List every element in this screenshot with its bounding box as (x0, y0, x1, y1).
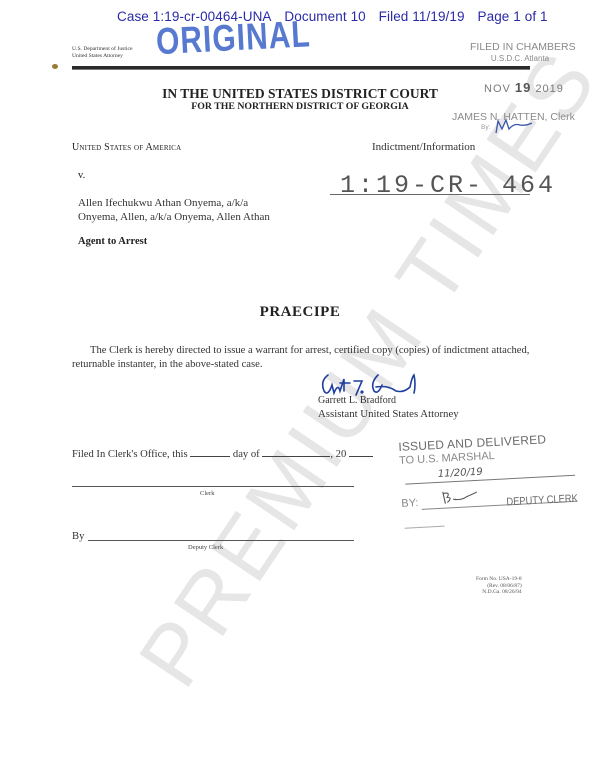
document-title: PRAECIPE (0, 304, 600, 321)
case-number: 1:19-CR- 464 (340, 171, 556, 200)
day-of-label: day of (233, 449, 260, 460)
deputy-initials-signature-icon (439, 488, 480, 506)
filed-in-chambers-stamp: FILED IN CHAMBERS U.S.D.C. Atlanta (470, 41, 570, 65)
filed-in-clerks-office-line: Filed In Clerk's Office, this day of , 2… (72, 447, 373, 460)
month-blank[interactable] (262, 447, 330, 457)
clerk-initials-signature-icon (494, 117, 534, 135)
clerk-by-label: By: (481, 124, 490, 131)
page-indicator: Page 1 of 1 (477, 9, 547, 24)
defendant-line-1: Allen Ifechukwu Athan Onyema, a/k/a (78, 196, 270, 210)
plaintiff: United States of America (72, 142, 181, 153)
agent-to-arrest: Agent to Arrest (78, 236, 147, 247)
deputy-clerk-caption: Deputy Clerk (188, 544, 223, 551)
filed-in-chambers-location: U.S.D.C. Atlanta (470, 53, 570, 65)
issued-stamp-date: 11/20/19 (438, 467, 483, 480)
department-name: U.S. Department of Justice (72, 46, 132, 53)
by-label: By (72, 531, 84, 542)
praecipe-body: The Clerk is hereby directed to issue a … (72, 344, 542, 371)
issued-and-delivered-stamp: ISSUED AND DELIVERED TO U.S. MARSHAL 11/… (398, 431, 583, 535)
versus: v. (78, 170, 85, 181)
issued-stamp-by: BY: (401, 497, 419, 510)
defendant-name: Allen Ifechukwu Athan Onyema, a/k/a Onye… (78, 196, 270, 224)
scan-mark (52, 64, 58, 69)
header-rule (72, 66, 530, 70)
case-number-underline (330, 194, 530, 195)
clerk-caption: Clerk (200, 490, 214, 497)
form-number-line-2: (Rev. 08/06/87) (476, 583, 522, 590)
defendant-line-2: Onyema, Allen, a/k/a Onyema, Allen Athan (78, 210, 270, 224)
document-number: Document 10 (284, 9, 365, 24)
issued-stamp-deputy-clerk: DEPUTY CLERK (506, 493, 578, 509)
day-blank[interactable] (190, 447, 230, 457)
attorney-title: Assistant United States Attorney (318, 408, 459, 420)
form-number-line-3: N.D.Ga. 08/26/94 (476, 589, 522, 596)
case-header-line: Case 1:19-cr-00464-UNA Document 10 Filed… (117, 9, 557, 24)
clerk-signature-line[interactable] (72, 486, 354, 487)
indictment-label: Indictment/Information (372, 141, 475, 153)
filed-prefix: Filed In Clerk's Office, this (72, 449, 188, 460)
form-number-line-1: Form No. USA-19-8 (476, 576, 522, 583)
deputy-clerk-signature-line[interactable] (88, 540, 354, 541)
year-blank[interactable] (349, 447, 373, 457)
attorney-name: Garrett L. Bradford (318, 395, 396, 406)
form-number: Form No. USA-19-8 (Rev. 08/06/87) N.D.Ga… (476, 576, 522, 596)
office-name: United States Attorney (72, 53, 132, 60)
issued-stamp-date-line (405, 475, 575, 485)
year-prefix: , 20 (330, 449, 346, 460)
filed-in-chambers-label: FILED IN CHAMBERS (470, 41, 570, 53)
court-title: IN THE UNITED STATES DISTRICT COURT (0, 86, 600, 102)
case-number-header: Case 1:19-cr-00464-UNA (117, 9, 272, 24)
filed-date: Filed 11/19/19 (379, 9, 465, 24)
issued-stamp-tail-mark (405, 526, 445, 529)
doj-letterhead: U.S. Department of Justice United States… (72, 46, 132, 59)
